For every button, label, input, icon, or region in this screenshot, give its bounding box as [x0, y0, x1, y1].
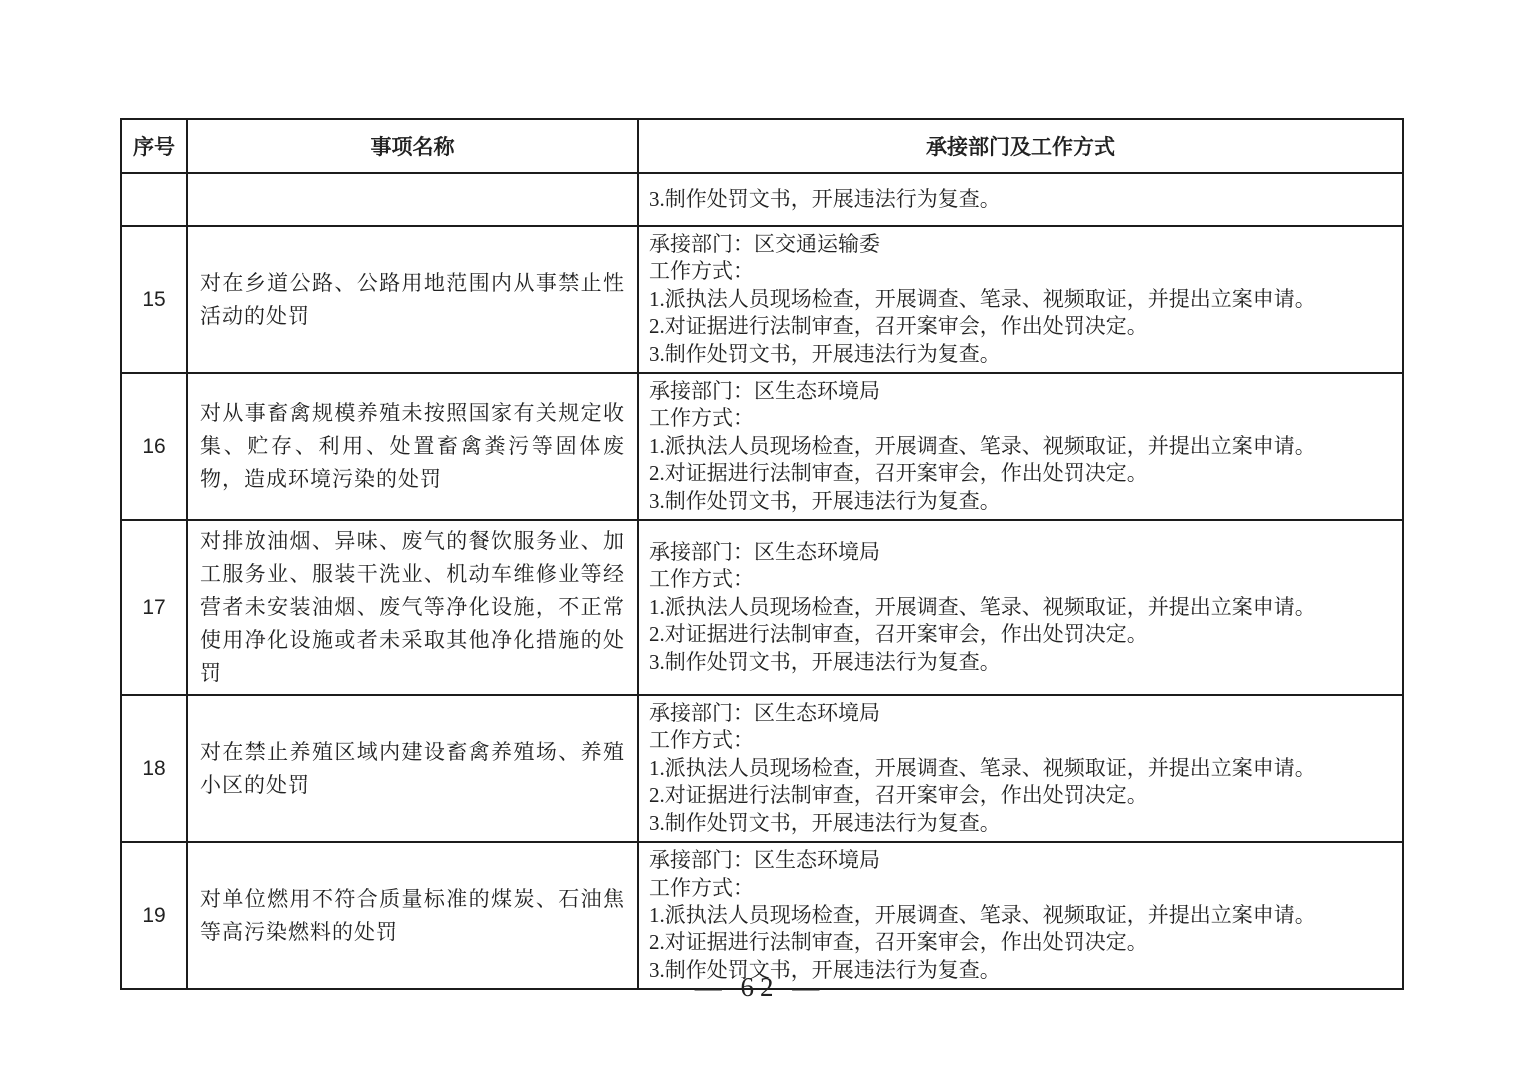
- row-name-text: 对在乡道公路、公路用地范围内从事禁止性活动的处罚: [200, 267, 625, 333]
- row-dept: 承接部门：区生态环境局 工作方式： 1.派执法人员现场检查，开展调查、笔录、视频…: [638, 373, 1403, 520]
- row-name: 对单位燃用不符合质量标准的煤炭、石油焦等高污染燃料的处罚: [187, 842, 638, 989]
- table-row: 18 对在禁止养殖区域内建设畜禽养殖场、养殖小区的处罚 承接部门：区生态环境局 …: [121, 695, 1403, 842]
- table-row: 15 对在乡道公路、公路用地范围内从事禁止性活动的处罚 承接部门：区交通运输委 …: [121, 226, 1403, 373]
- page-number: — 62 —: [0, 972, 1520, 1003]
- dept-line: 3.制作处罚文书，开展违法行为复查。: [649, 810, 1392, 837]
- row-no: 19: [121, 842, 187, 989]
- dept-line: 2.对证据进行法制审查，召开案审会，作出处罚决定。: [649, 313, 1392, 340]
- row-name: [187, 173, 638, 226]
- row-dept: 承接部门：区生态环境局 工作方式： 1.派执法人员现场检查，开展调查、笔录、视频…: [638, 520, 1403, 695]
- header-name: 事项名称: [187, 119, 638, 173]
- dept-line: 工作方式：: [649, 875, 1392, 902]
- dept-line: 1.派执法人员现场检查，开展调查、笔录、视频取证，并提出立案申请。: [649, 433, 1392, 460]
- row-name-text: 对从事畜禽规模养殖未按照国家有关规定收集、贮存、利用、处置畜禽粪污等固体废物，造…: [200, 397, 625, 496]
- dept-line: 工作方式：: [649, 566, 1392, 593]
- header-no: 序号: [121, 119, 187, 173]
- row-no: 17: [121, 520, 187, 695]
- dept-line: 2.对证据进行法制审查，召开案审会，作出处罚决定。: [649, 621, 1392, 648]
- table-row: 19 对单位燃用不符合质量标准的煤炭、石油焦等高污染燃料的处罚 承接部门：区生态…: [121, 842, 1403, 989]
- row-no: 18: [121, 695, 187, 842]
- dept-line: 1.派执法人员现场检查，开展调查、笔录、视频取证，并提出立案申请。: [649, 594, 1392, 621]
- dept-line: 承接部门：区生态环境局: [649, 378, 1392, 405]
- table-row: 16 对从事畜禽规模养殖未按照国家有关规定收集、贮存、利用、处置畜禽粪污等固体废…: [121, 373, 1403, 520]
- dept-line: 工作方式：: [649, 258, 1392, 285]
- dept-line: 2.对证据进行法制审查，召开案审会，作出处罚决定。: [649, 782, 1392, 809]
- dept-line: 承接部门：区交通运输委: [649, 231, 1392, 258]
- dept-line: 3.制作处罚文书，开展违法行为复查。: [649, 341, 1392, 368]
- row-name: 对在禁止养殖区域内建设畜禽养殖场、养殖小区的处罚: [187, 695, 638, 842]
- row-name-text: 对在禁止养殖区域内建设畜禽养殖场、养殖小区的处罚: [200, 736, 625, 802]
- row-dept: 3.制作处罚文书，开展违法行为复查。: [638, 173, 1403, 226]
- dept-line: 1.派执法人员现场检查，开展调查、笔录、视频取证，并提出立案申请。: [649, 902, 1392, 929]
- dept-line: 承接部门：区生态环境局: [649, 700, 1392, 727]
- table-row: 3.制作处罚文书，开展违法行为复查。: [121, 173, 1403, 226]
- row-name: 对在乡道公路、公路用地范围内从事禁止性活动的处罚: [187, 226, 638, 373]
- dept-line: 工作方式：: [649, 727, 1392, 754]
- dept-line: 3.制作处罚文书，开展违法行为复查。: [649, 488, 1392, 515]
- row-no: 15: [121, 226, 187, 373]
- row-name-text: 对排放油烟、异味、废气的餐饮服务业、加工服务业、服装干洗业、机动车维修业等经营者…: [200, 525, 625, 690]
- row-name: 对排放油烟、异味、废气的餐饮服务业、加工服务业、服装干洗业、机动车维修业等经营者…: [187, 520, 638, 695]
- dept-line: 3.制作处罚文书，开展违法行为复查。: [649, 649, 1392, 676]
- table-row: 17 对排放油烟、异味、废气的餐饮服务业、加工服务业、服装干洗业、机动车维修业等…: [121, 520, 1403, 695]
- row-dept: 承接部门：区交通运输委 工作方式： 1.派执法人员现场检查，开展调查、笔录、视频…: [638, 226, 1403, 373]
- dept-line: 3.制作处罚文书，开展违法行为复查。: [649, 186, 1392, 213]
- dept-line: 1.派执法人员现场检查，开展调查、笔录、视频取证，并提出立案申请。: [649, 286, 1392, 313]
- dept-line: 工作方式：: [649, 405, 1392, 432]
- dept-line: 1.派执法人员现场检查，开展调查、笔录、视频取证，并提出立案申请。: [649, 755, 1392, 782]
- row-no: [121, 173, 187, 226]
- items-table: 序号 事项名称 承接部门及工作方式 3.制作处罚文书，开展违法行为复查。 15 …: [120, 118, 1404, 990]
- row-name: 对从事畜禽规模养殖未按照国家有关规定收集、贮存、利用、处置畜禽粪污等固体废物，造…: [187, 373, 638, 520]
- row-dept: 承接部门：区生态环境局 工作方式： 1.派执法人员现场检查，开展调查、笔录、视频…: [638, 842, 1403, 989]
- dept-line: 2.对证据进行法制审查，召开案审会，作出处罚决定。: [649, 929, 1392, 956]
- dept-line: 承接部门：区生态环境局: [649, 539, 1392, 566]
- dept-line: 2.对证据进行法制审查，召开案审会，作出处罚决定。: [649, 460, 1392, 487]
- row-dept: 承接部门：区生态环境局 工作方式： 1.派执法人员现场检查，开展调查、笔录、视频…: [638, 695, 1403, 842]
- header-dept: 承接部门及工作方式: [638, 119, 1403, 173]
- row-no: 16: [121, 373, 187, 520]
- table-header-row: 序号 事项名称 承接部门及工作方式: [121, 119, 1403, 173]
- row-name-text: 对单位燃用不符合质量标准的煤炭、石油焦等高污染燃料的处罚: [200, 883, 625, 949]
- document-page: 序号 事项名称 承接部门及工作方式 3.制作处罚文书，开展违法行为复查。 15 …: [0, 0, 1520, 1074]
- dept-line: 承接部门：区生态环境局: [649, 847, 1392, 874]
